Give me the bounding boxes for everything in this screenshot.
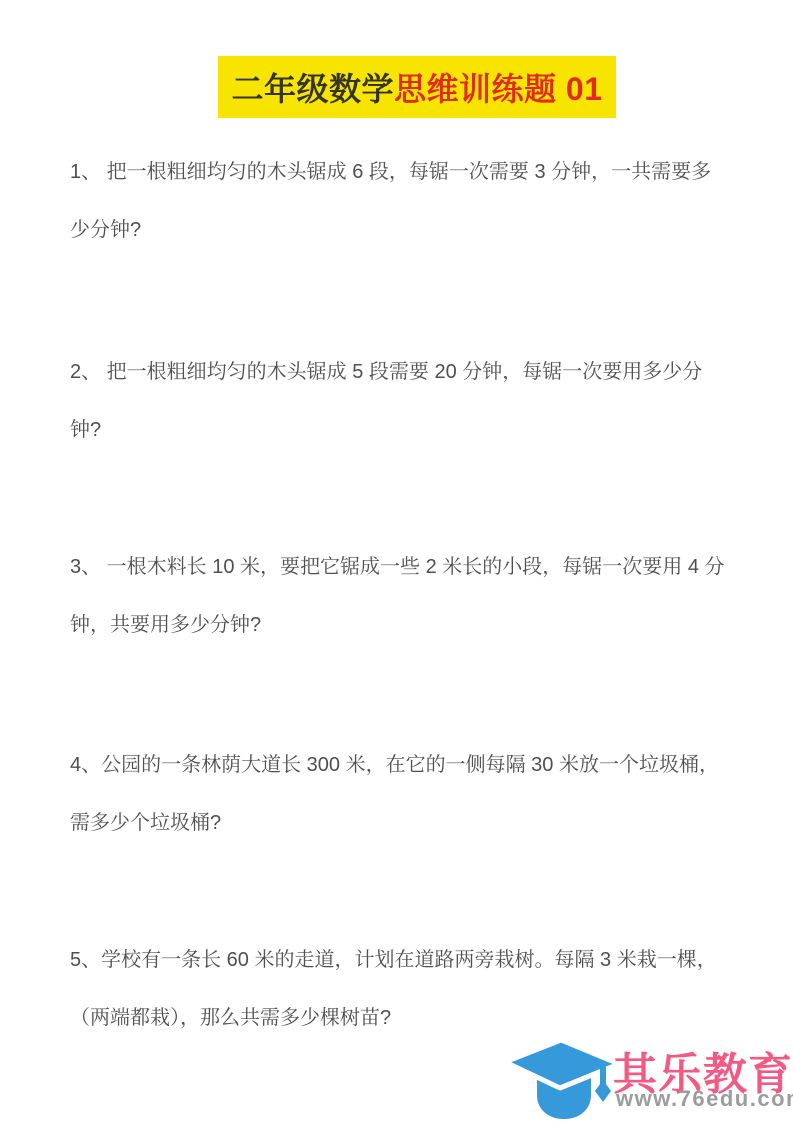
question-3-line-1: 3、 一根木料长 10 米，要把它锯成一些 2 米长的小段，每锯一次要用 4 分 (70, 538, 730, 596)
brand-url: www.76edu.com (616, 1086, 793, 1112)
question-2: 2、 把一根粗细均匀的木头锯成 5 段需要 20 分钟，每锯一次要用多少分 钟? (70, 343, 730, 459)
question-3-line-2: 钟，共要用多少分钟? (70, 596, 730, 654)
question-1-line-2: 少分钟? (70, 201, 730, 259)
title-highlight: 思维训练题 01 (394, 64, 603, 110)
question-1-line-1: 1、 把一根粗细均匀的木头锯成 6 段，每锯一次需要 3 分钟，一共需要多 (70, 143, 730, 201)
title-prefix: 二年级数学 (231, 64, 394, 110)
graduation-cap-icon (493, 1032, 633, 1120)
title-banner: 二年级数学思维训练题 01 (218, 56, 616, 118)
question-2-line-2: 钟? (70, 401, 730, 459)
question-1: 1、 把一根粗细均匀的木头锯成 6 段，每锯一次需要 3 分钟，一共需要多 少分… (70, 143, 730, 259)
worksheet-page: 二年级数学思维训练题 01 1、 把一根粗细均匀的木头锯成 6 段，每锯一次需要… (0, 0, 793, 1122)
question-4-line-2: 需多少个垃圾桶? (70, 794, 730, 852)
question-4-line-1: 4、公园的一条林荫大道长 300 米，在它的一侧每隔 30 米放一个垃圾桶， (70, 736, 730, 794)
question-3: 3、 一根木料长 10 米，要把它锯成一些 2 米长的小段，每锯一次要用 4 分… (70, 538, 730, 654)
question-4: 4、公园的一条林荫大道长 300 米，在它的一侧每隔 30 米放一个垃圾桶， 需… (70, 736, 730, 852)
question-5-line-1: 5、学校有一条长 60 米的走道，计划在道路两旁栽树。每隔 3 米栽一棵， (70, 931, 730, 989)
brand-logo: 其乐教育 www.76edu.com (493, 1032, 793, 1122)
question-5: 5、学校有一条长 60 米的走道，计划在道路两旁栽树。每隔 3 米栽一棵， （两… (70, 931, 730, 1047)
question-2-line-1: 2、 把一根粗细均匀的木头锯成 5 段需要 20 分钟，每锯一次要用多少分 (70, 343, 730, 401)
